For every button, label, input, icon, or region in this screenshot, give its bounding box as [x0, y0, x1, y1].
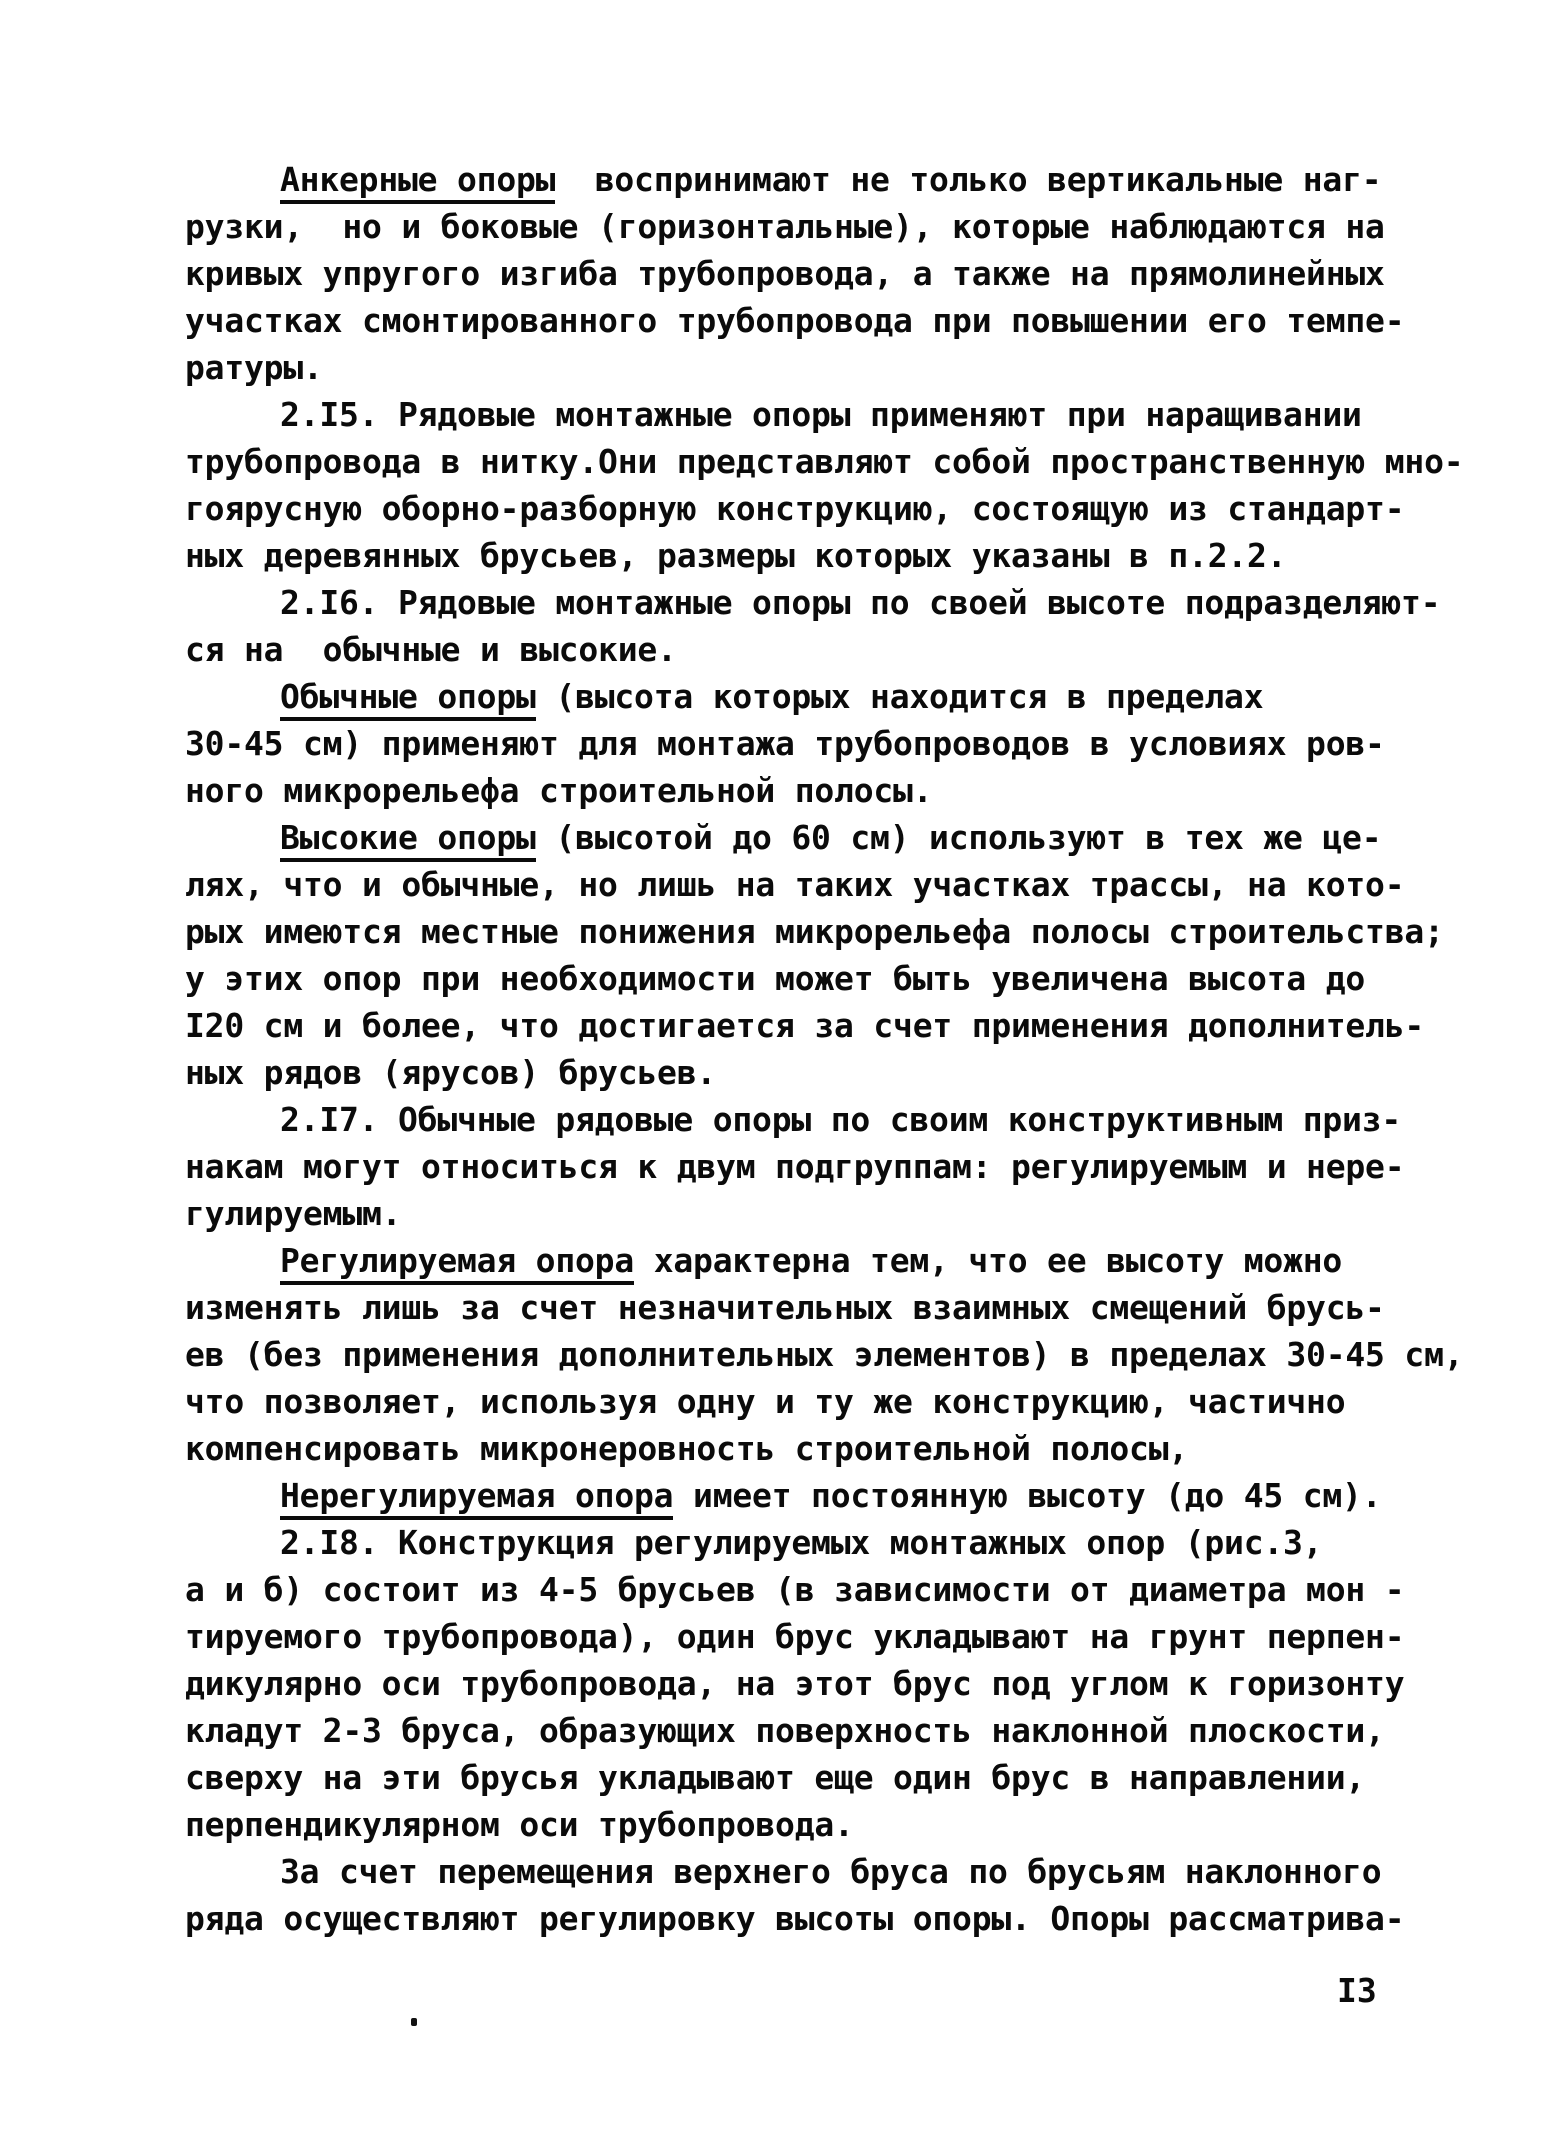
text-line: 2.I8. Конструкция регулируемых монтажных… [185, 1519, 1515, 1566]
text-segment: воспринимают не только вертикальные наг- [555, 160, 1381, 199]
text-segment: у этих опор при необходимости может быть… [185, 959, 1365, 998]
underlined-term: Высокие опоры [280, 818, 536, 862]
text-line: дикулярно оси трубопровода, на этот брус… [185, 1660, 1515, 1707]
text-segment: 2.I6. Рядовые монтажные опоры по своей в… [280, 583, 1440, 622]
text-line: Обычные опоры (высота которых находится … [185, 673, 1515, 720]
text-line: ного микрорельефа строительной полосы. [185, 767, 1515, 814]
text-segment: ев (без применения дополнительных элемен… [185, 1335, 1463, 1374]
text-segment: ратуры. [185, 348, 323, 387]
text-segment: кривых упругого изгиба трубопровода, а т… [185, 254, 1385, 293]
text-line: тируемого трубопровода), один брус уклад… [185, 1613, 1515, 1660]
text-segment: ных деревянных брусьев, размеры которых … [185, 536, 1286, 575]
text-segment: рузки, но и боковые (горизонтальные), ко… [185, 207, 1385, 246]
text-segment: 2.I5. Рядовые монтажные опоры применяют … [280, 395, 1362, 434]
document-page: Анкерные опоры воспринимают не только ве… [0, 0, 1561, 2132]
document-text: Анкерные опоры воспринимают не только ве… [185, 156, 1515, 1942]
underlined-term: Регулируемая опора [280, 1241, 634, 1285]
text-line: что позволяет, используя одну и ту же ко… [185, 1378, 1515, 1425]
text-line: рых имеются местные понижения микрорелье… [185, 908, 1515, 955]
text-line: ев (без применения дополнительных элемен… [185, 1331, 1515, 1378]
text-line: у этих опор при необходимости может быть… [185, 955, 1515, 1002]
text-segment: перпендикулярном оси трубопровода. [185, 1805, 854, 1844]
text-segment: ных рядов (ярусов) брусьев. [185, 1053, 716, 1092]
text-segment: а и б) состоит из 4-5 брусьев (в зависим… [185, 1570, 1404, 1609]
text-line: Высокие опоры (высотой до 60 см) использ… [185, 814, 1515, 861]
text-segment: характерна тем, что ее высоту можно [634, 1241, 1342, 1280]
text-line: ряда осуществляют регулировку высоты опо… [185, 1895, 1515, 1942]
text-segment: лях, что и обычные, но лишь на таких уча… [185, 865, 1404, 904]
text-segment: участках смонтированного трубопровода пр… [185, 301, 1404, 340]
text-line: накам могут относиться к двум подгруппам… [185, 1143, 1515, 1190]
text-segment: что позволяет, используя одну и ту же ко… [185, 1382, 1345, 1421]
text-segment: кладут 2-3 бруса, образующих поверхность… [185, 1711, 1385, 1750]
text-segment: дикулярно оси трубопровода, на этот брус… [185, 1664, 1404, 1703]
text-segment: I20 см и более, что достигается за счет … [185, 1006, 1424, 1045]
text-line: ных рядов (ярусов) брусьев. [185, 1049, 1515, 1096]
ink-speck [411, 2018, 417, 2026]
text-line: перпендикулярном оси трубопровода. [185, 1801, 1515, 1848]
text-segment: ряда осуществляют регулировку высоты опо… [185, 1899, 1404, 1938]
text-line: За счет перемещения верхнего бруса по бр… [185, 1848, 1515, 1895]
text-line: 2.I6. Рядовые монтажные опоры по своей в… [185, 579, 1515, 626]
text-segment: имеет постоянную высоту (до 45 см). [673, 1476, 1381, 1515]
text-line: кривых упругого изгиба трубопровода, а т… [185, 250, 1515, 297]
text-line: ратуры. [185, 344, 1515, 391]
text-segment: гулируемым. [185, 1194, 401, 1233]
text-line: Нерегулируемая опора имеет постоянную вы… [185, 1472, 1515, 1519]
text-line: а и б) состоит из 4-5 брусьев (в зависим… [185, 1566, 1515, 1613]
text-segment: накам могут относиться к двум подгруппам… [185, 1147, 1404, 1186]
text-line: сверху на эти брусья укладывают еще один… [185, 1754, 1515, 1801]
text-line: 2.I5. Рядовые монтажные опоры применяют … [185, 391, 1515, 438]
text-segment: трубопровода в нитку.Они представляют со… [185, 442, 1463, 481]
underlined-term: Обычные опоры [280, 677, 536, 721]
text-segment: (высотой до 60 см) используют в тех же ц… [536, 818, 1382, 857]
text-segment: (высота которых находится в пределах [536, 677, 1264, 716]
text-segment: 2.I8. Конструкция регулируемых монтажных… [280, 1523, 1322, 1562]
text-line: изменять лишь за счет незначительных вза… [185, 1284, 1515, 1331]
text-segment: 30-45 см) применяют для монтажа трубопро… [185, 724, 1385, 763]
text-segment: сверху на эти брусья укладывают еще один… [185, 1758, 1365, 1797]
text-line: гоярусную оборно-разборную конструкцию, … [185, 485, 1515, 532]
text-segment: компенсировать микронеровность строитель… [185, 1429, 1188, 1468]
text-line: I20 см и более, что достигается за счет … [185, 1002, 1515, 1049]
text-segment: ся на обычные и высокие. [185, 630, 677, 669]
text-segment: изменять лишь за счет незначительных вза… [185, 1288, 1385, 1327]
text-line: ных деревянных брусьев, размеры которых … [185, 532, 1515, 579]
text-line: лях, что и обычные, но лишь на таких уча… [185, 861, 1515, 908]
text-line: ся на обычные и высокие. [185, 626, 1515, 673]
text-segment: 2.I7. Обычные рядовые опоры по своим кон… [280, 1100, 1401, 1139]
text-line: Анкерные опоры воспринимают не только ве… [185, 156, 1515, 203]
text-line: компенсировать микронеровность строитель… [185, 1425, 1515, 1472]
text-line: 2.I7. Обычные рядовые опоры по своим кон… [185, 1096, 1515, 1143]
text-line: гулируемым. [185, 1190, 1515, 1237]
text-segment: тируемого трубопровода), один брус уклад… [185, 1617, 1404, 1656]
text-line: трубопровода в нитку.Они представляют со… [185, 438, 1515, 485]
text-segment: ного микрорельефа строительной полосы. [185, 771, 932, 810]
text-line: рузки, но и боковые (горизонтальные), ко… [185, 203, 1515, 250]
text-segment: гоярусную оборно-разборную конструкцию, … [185, 489, 1404, 528]
text-segment: За счет перемещения верхнего бруса по бр… [280, 1852, 1381, 1891]
text-line: кладут 2-3 бруса, образующих поверхность… [185, 1707, 1515, 1754]
text-line: Регулируемая опора характерна тем, что е… [185, 1237, 1515, 1284]
text-line: участках смонтированного трубопровода пр… [185, 297, 1515, 344]
text-segment: рых имеются местные понижения микрорелье… [185, 912, 1444, 951]
page-number: I3 [1337, 1967, 1377, 2014]
underlined-term: Нерегулируемая опора [280, 1476, 673, 1520]
text-line: 30-45 см) применяют для монтажа трубопро… [185, 720, 1515, 767]
underlined-term: Анкерные опоры [280, 160, 555, 204]
